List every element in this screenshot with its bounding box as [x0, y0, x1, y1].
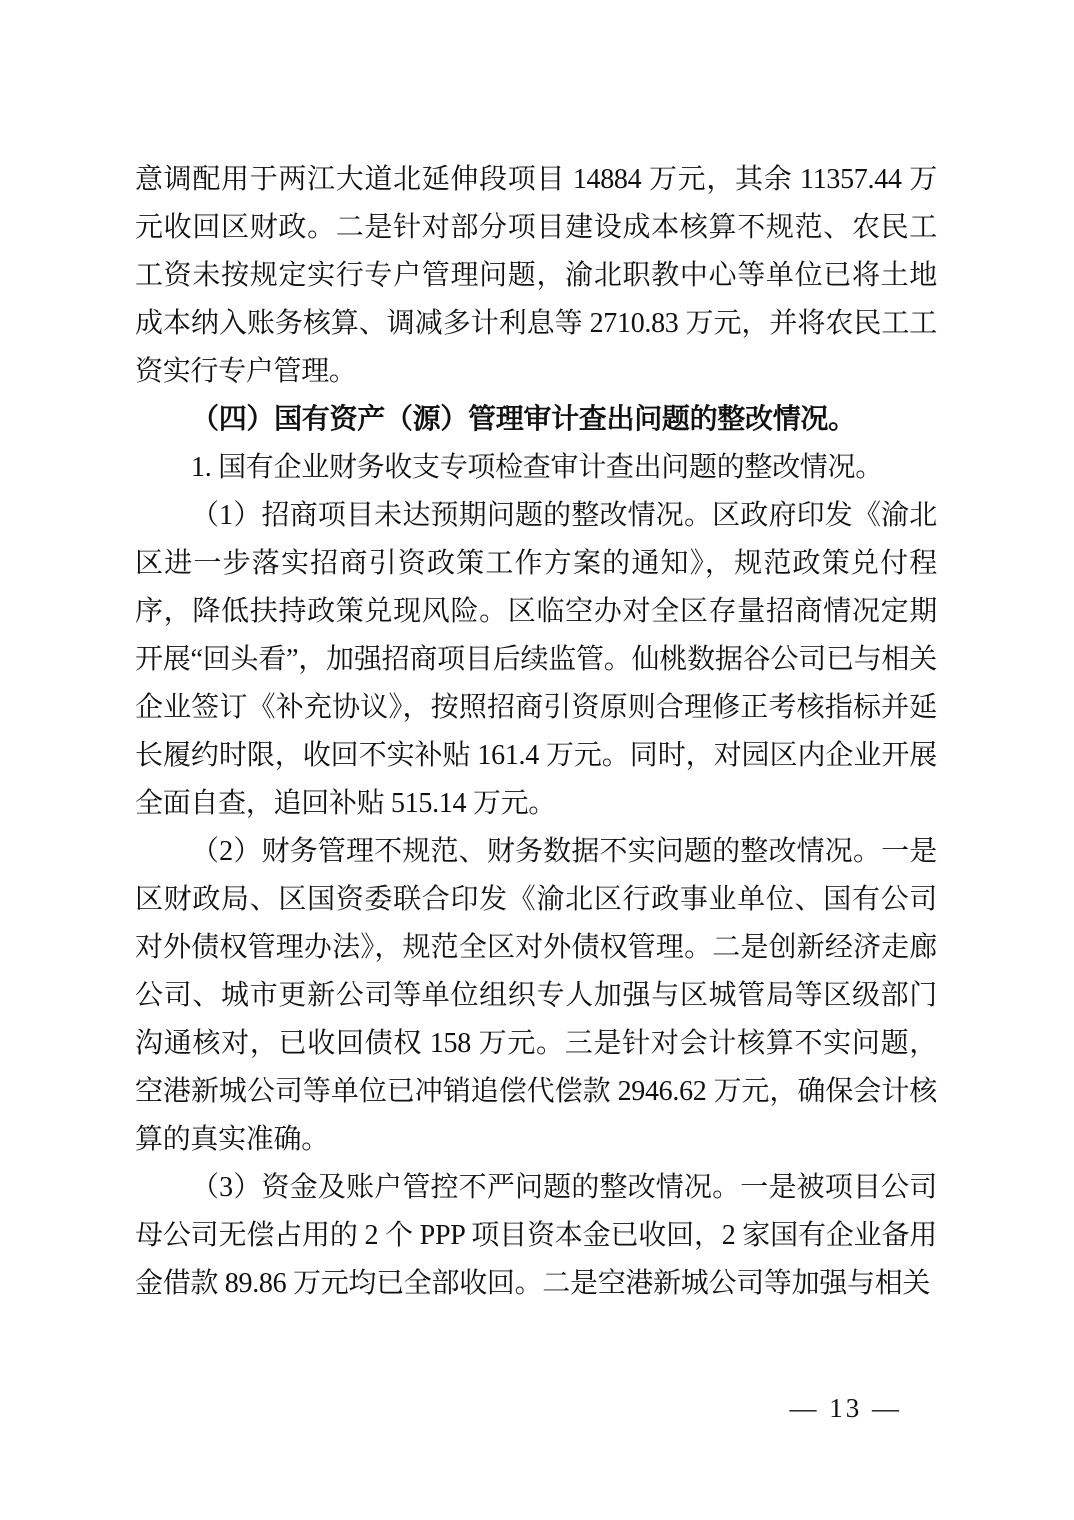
page-number: — 13 —	[790, 1392, 903, 1424]
item-paragraph-1: （1）招商项目未达预期问题的整改情况。区政府印发《渝北区进一步落实招商引资政策工…	[135, 492, 937, 828]
subsection-heading: 1. 国有企业财务收支专项检查审计查出问题的整改情况。	[135, 444, 937, 492]
body-paragraph-continuation: 意调配用于两江大道北延伸段项目 14884 万元，其余 11357.44 万元收…	[135, 156, 937, 396]
document-page: 意调配用于两江大道北延伸段项目 14884 万元，其余 11357.44 万元收…	[0, 0, 1074, 1520]
section-heading: （四）国有资产（源）管理审计查出问题的整改情况。	[135, 396, 937, 444]
item-paragraph-2: （2）财务管理不规范、财务数据不实问题的整改情况。一是区财政局、区国资委联合印发…	[135, 828, 937, 1164]
item-paragraph-3: （3）资金及账户管控不严问题的整改情况。一是被项目公司母公司无偿占用的 2 个 …	[135, 1164, 937, 1308]
document-body: 意调配用于两江大道北延伸段项目 14884 万元，其余 11357.44 万元收…	[135, 156, 937, 1308]
